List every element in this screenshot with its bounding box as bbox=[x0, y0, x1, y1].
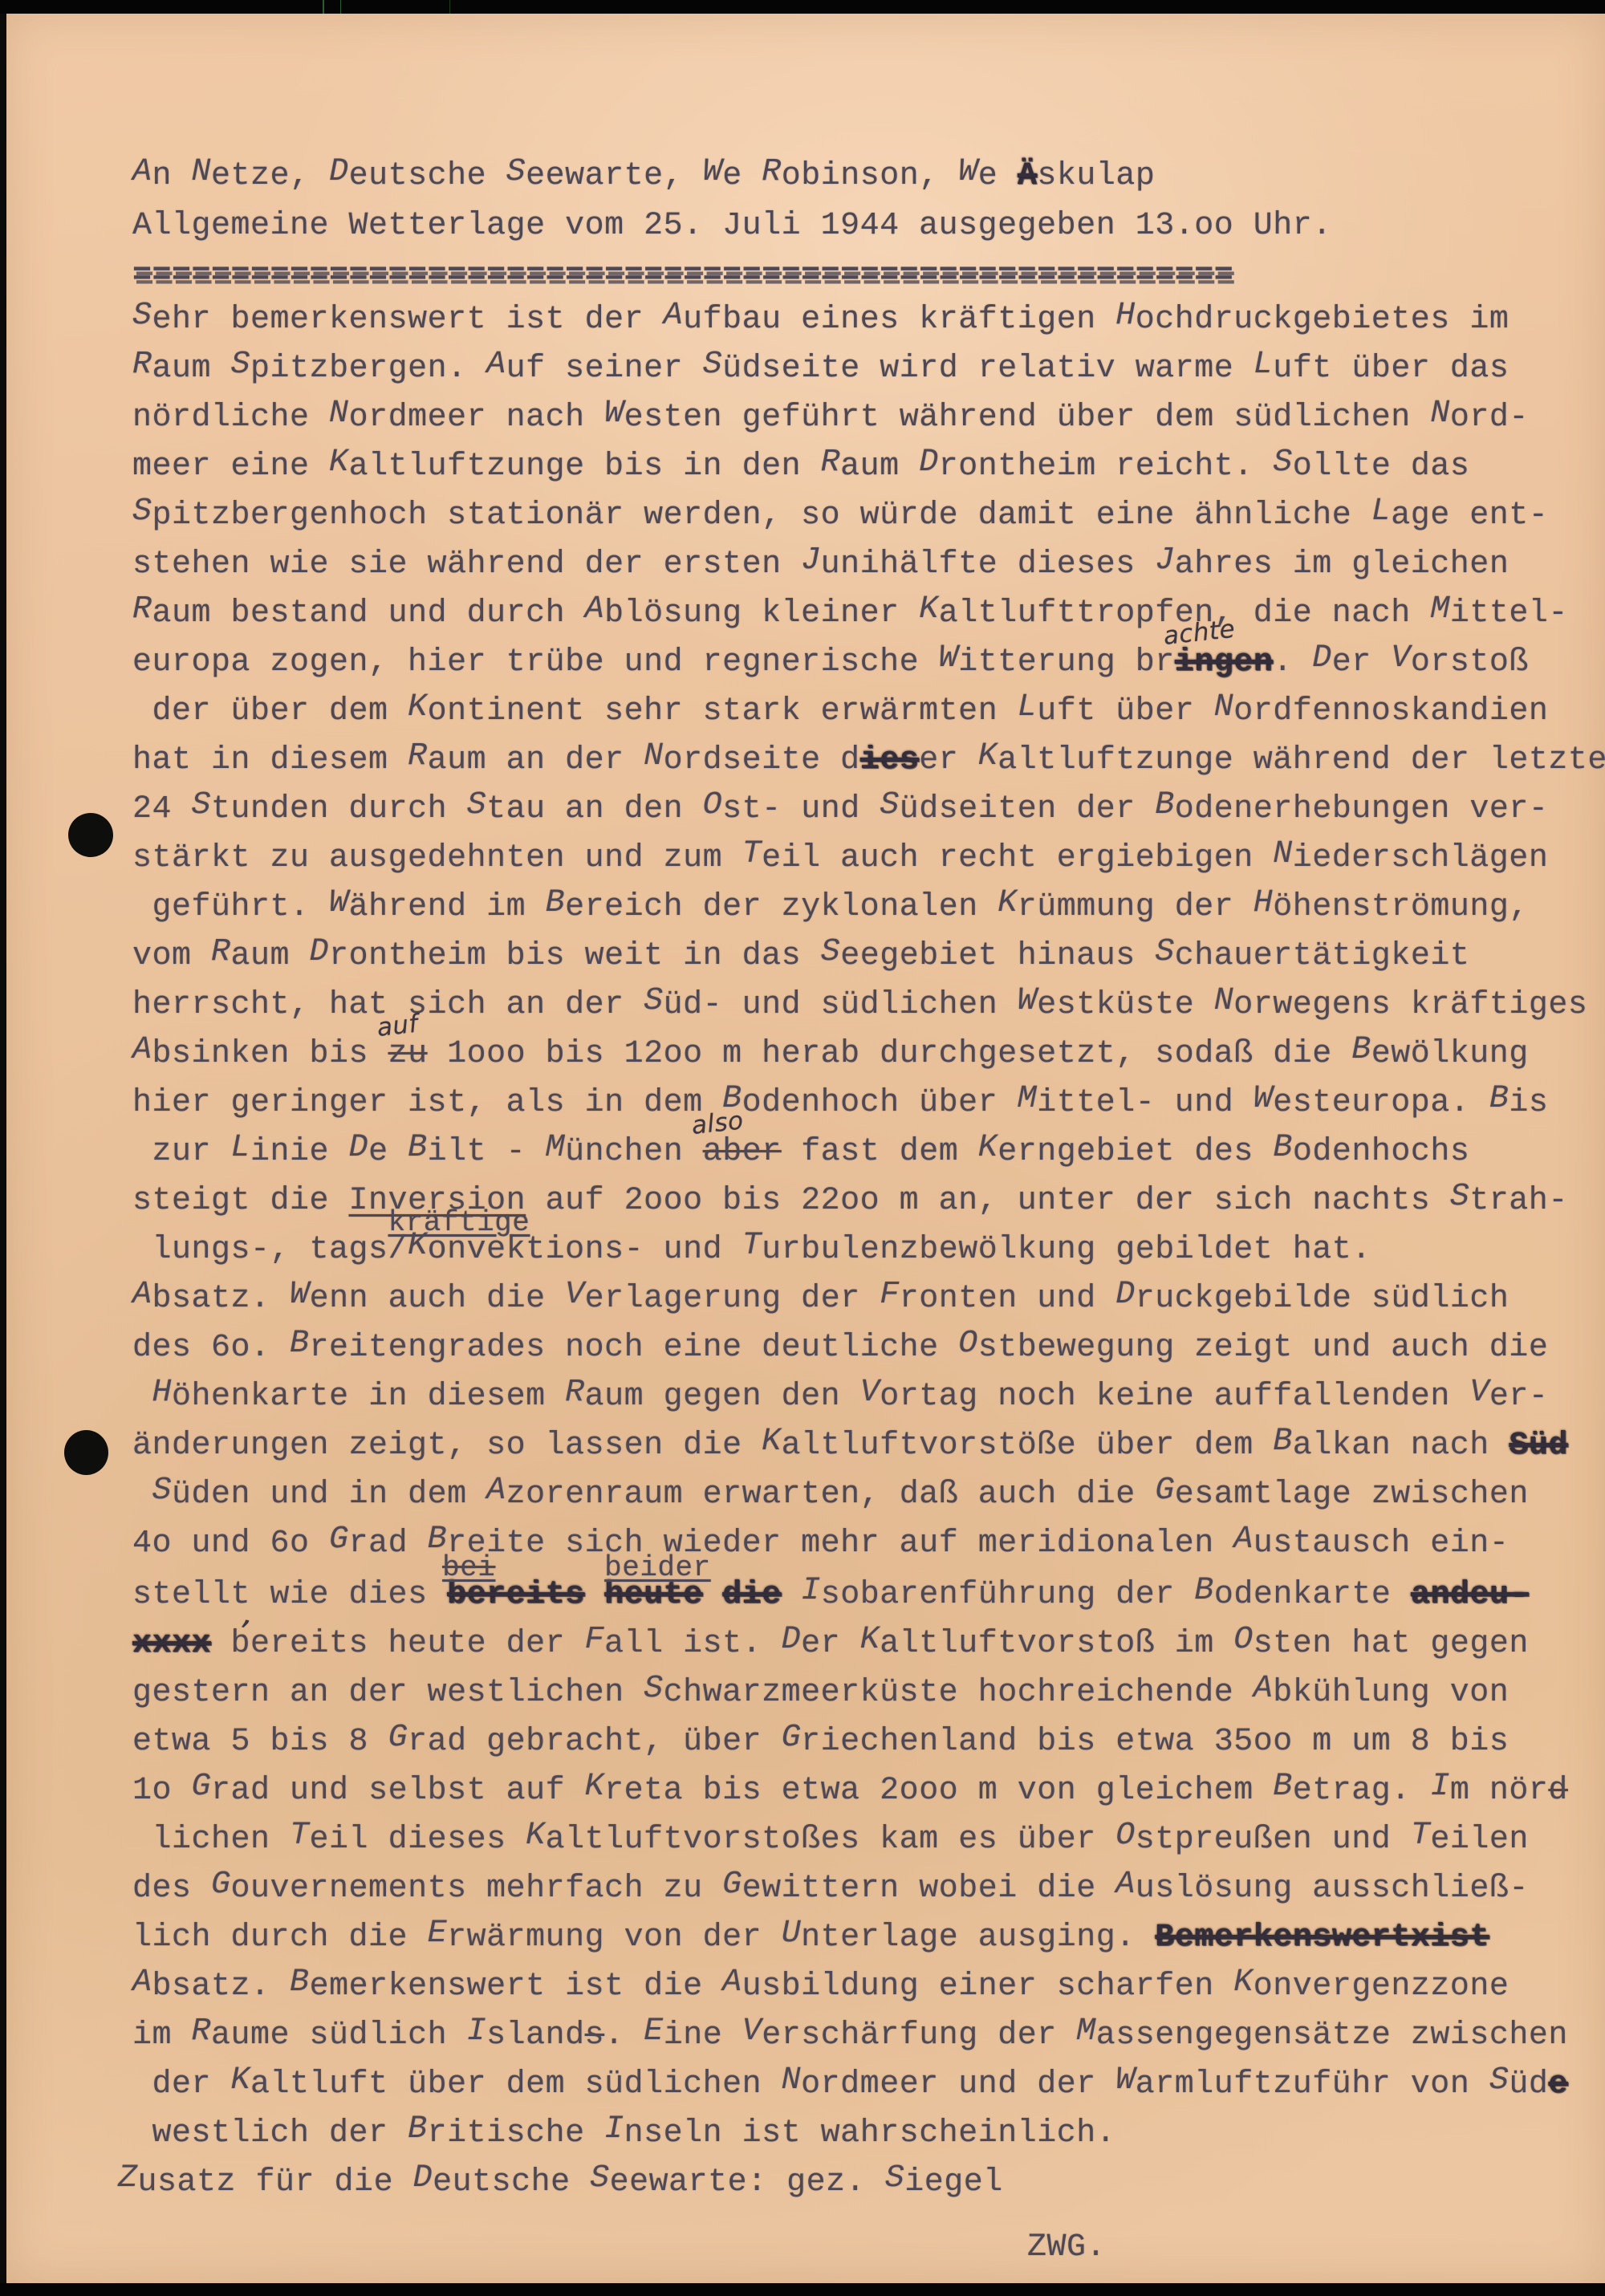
typed-text: gestern an der westlichen Schwarzmeerküs… bbox=[132, 1675, 1509, 1711]
typed-text: Spitzbergenhoch stationär werden, so wür… bbox=[132, 498, 1548, 534]
typed-text: Absatz. Bemerkenswert ist die Ausbildung… bbox=[132, 1969, 1509, 2005]
strike-text: aber bbox=[703, 1134, 782, 1170]
text-line: xxxx bereits heute der Fall ist. Der Kal… bbox=[132, 1619, 1605, 1668]
typed-text: änderungen zeigt, so lassen die Kaltluft… bbox=[132, 1428, 1509, 1464]
blot-text: Süd bbox=[1509, 1428, 1568, 1464]
typed-text: zur Linie De Bilt - München bbox=[132, 1134, 703, 1170]
typed-text: /Konvektions- und Turbulenzbewölkung geb… bbox=[388, 1232, 1371, 1268]
text-line: gestern an der westlichen Schwarzmeerküs… bbox=[132, 1668, 1605, 1717]
text-line: des 6o. Breitengrades noch eine deutlich… bbox=[132, 1323, 1605, 1372]
typed-text: meer eine Kaltluftzunge bis in den Raum … bbox=[132, 449, 1469, 485]
text-line: des Gouvernements mehrfach zu Gewittern … bbox=[132, 1864, 1605, 1913]
typed-text: stärkt zu ausgedehnten und zum Teil auch… bbox=[132, 840, 1548, 876]
typed-text: wie dies bbox=[250, 1577, 447, 1613]
separator-line: ========================================… bbox=[132, 251, 1332, 301]
text-line: steigt die Inversion auf 2ooo bis 22oo m… bbox=[132, 1176, 1605, 1225]
text-line: der Kaltluft über dem südlichen Nordmeer… bbox=[132, 2060, 1605, 2109]
typed-text: der über dem Kontinent sehr stark erwärm… bbox=[132, 693, 1548, 729]
typed-text: Absatz. Wenn auch die Verlagerung der Fr… bbox=[132, 1281, 1509, 1317]
typed-text: er Kaltluftzunge während der letzten bbox=[919, 742, 1605, 778]
scanned-document: An Netze, Deutsche Seewarte, We Robinson… bbox=[0, 0, 1605, 2296]
text-line: herrscht, hat sich an der Süd- und südli… bbox=[132, 981, 1605, 1030]
typed-text: Absinken bis bbox=[132, 1036, 388, 1072]
text-line: Raum bestand und durch Ablösung kleiner … bbox=[132, 589, 1605, 638]
typed-text: Raum bestand und durch Ablösung kleiner … bbox=[132, 595, 1568, 632]
document-page: An Netze, Deutsche Seewarte, We Robinson… bbox=[6, 14, 1605, 2283]
text-line: stellt, wie dies beibereits beiderheute … bbox=[132, 1568, 1605, 1619]
text-line: geführt. Während im Bereich der zyklonal… bbox=[132, 883, 1605, 932]
typed-text: fast dem Kerngebiet des Bodenhochs bbox=[782, 1134, 1470, 1170]
scan-artifact bbox=[323, 0, 324, 14]
blot-text: ies bbox=[860, 742, 920, 778]
typed-text: bereits heute der Fall ist. Der Kaltluft… bbox=[211, 1626, 1529, 1662]
text-line: lich durch die Erwärmung von der Unterla… bbox=[132, 1913, 1605, 1962]
text-line: Zusatz für die Deutsche Seewarte: gez. S… bbox=[118, 2158, 1605, 2207]
typed-text: des 6o. Breitengrades noch eine deutlich… bbox=[132, 1330, 1548, 1366]
recipient-line: An Netze, Deutsche Seewarte, We Robinson… bbox=[132, 152, 1332, 201]
typed-text: Höhenkarte in diesem Raum gegen den Vort… bbox=[132, 1379, 1548, 1415]
text-line: zur Linie De Bilt - München alsoaber fas… bbox=[132, 1128, 1605, 1176]
strike-text: s bbox=[585, 2018, 605, 2054]
typed-text: westlich der Britische Inseln ist wahrsc… bbox=[132, 2115, 1115, 2152]
text-line: Raum Spitzbergen. Auf seiner Südseite wi… bbox=[132, 344, 1605, 393]
typed-text: hier geringer ist, als in dem Bodenhoch … bbox=[132, 1085, 1548, 1121]
text-line: hier geringer ist, als in dem Bodenhoch … bbox=[132, 1079, 1605, 1128]
blot-text: andeu- bbox=[1411, 1577, 1529, 1613]
document-header: An Netze, Deutsche Seewarte, We Robinson… bbox=[132, 152, 1332, 301]
typed-text: europa zogen, hier trübe und regnerische… bbox=[132, 644, 1175, 681]
typed-text: im Raume südlich Island bbox=[132, 2018, 585, 2054]
typed-text: stellt bbox=[132, 1577, 250, 1613]
blot-text: xxxx bbox=[132, 1626, 211, 1662]
typed-text: auf 2ooo bis 22oo m an, unter der sich n… bbox=[526, 1183, 1568, 1219]
text-line: der über dem Kontinent sehr stark erwärm… bbox=[132, 687, 1605, 736]
typed-text: des Gouvernements mehrfach zu Gewittern … bbox=[132, 1871, 1529, 1907]
text-line: hat in diesem Raum an der Nordseite dies… bbox=[132, 736, 1605, 785]
hole-punch bbox=[64, 1430, 108, 1475]
typed-text bbox=[585, 1577, 605, 1613]
text-line: vom Raum Drontheim bis weit in das Seege… bbox=[132, 932, 1605, 981]
typed-text: skulap bbox=[1037, 158, 1155, 194]
text-line: Absinken bis aufzu 1ooo bis 12oo m herab… bbox=[132, 1030, 1605, 1079]
text-line: änderungen zeigt, so lassen die Kaltluft… bbox=[132, 1421, 1605, 1470]
typed-text: etwa 5 bis 8 Grad gebracht, über Grieche… bbox=[132, 1724, 1509, 1760]
typed-text: Zusatz für die Deutsche Seewarte: gez. S… bbox=[118, 2164, 1003, 2201]
typed-text: steigt die bbox=[132, 1183, 349, 1219]
text-line: 1o Grad und selbst auf Kreta bis etwa 2o… bbox=[132, 1766, 1605, 1815]
scan-top-bar bbox=[0, 0, 1605, 14]
typed-text: Isobarenführung der Bodenkarte bbox=[782, 1577, 1411, 1613]
text-line: europa zogen, hier trübe und regnerische… bbox=[132, 638, 1605, 687]
typed-text: Süden und in dem Azorenraum erwarten, da… bbox=[132, 1477, 1529, 1513]
typed-text: herrscht, hat sich an der Süd- und südli… bbox=[132, 987, 1587, 1023]
typed-text: . Der Vorstoß bbox=[1273, 644, 1529, 681]
agency-footer: ZWG. bbox=[1027, 2223, 1106, 2272]
text-line: etwa 5 bis 8 Grad gebracht, über Grieche… bbox=[132, 1717, 1605, 1766]
text-line: 24 Stunden durch Stau an den Ost- und Sü… bbox=[132, 785, 1605, 834]
typed-text: stehen wie sie während der ersten Junihä… bbox=[132, 547, 1509, 583]
text-line: lichen Teil dieses Kaltluftvorstoßes kam… bbox=[132, 1815, 1605, 1864]
text-line: Absatz. Bemerkenswert ist die Ausbildung… bbox=[132, 1962, 1605, 2011]
typed-text: 4o und 6o Grad Breite sich wieder mehr a… bbox=[132, 1526, 1509, 1562]
typed-text: . Eine Verschärfung der Massengegensätze… bbox=[604, 2018, 1568, 2054]
typed-text: lungs-, tags bbox=[132, 1232, 388, 1268]
text-line: Absatz. Wenn auch die Verlagerung der Fr… bbox=[132, 1274, 1605, 1323]
text-line: stehen wie sie während der ersten Junihä… bbox=[132, 540, 1605, 589]
text-line: im Raume südlich Islands. Eine Verschärf… bbox=[132, 2011, 1605, 2060]
strike-text: zu bbox=[388, 1036, 428, 1072]
blot-text: Ä bbox=[1018, 158, 1038, 194]
text-line: Süden und in dem Azorenraum erwarten, da… bbox=[132, 1470, 1605, 1519]
typed-text: Sehr bemerkenswert ist der Aufbau eines … bbox=[132, 302, 1509, 338]
typed-text: nördliche Nordmeer nach Westen geführt w… bbox=[132, 400, 1529, 436]
text-line: nördliche Nordmeer nach Westen geführt w… bbox=[132, 393, 1605, 442]
scan-artifact bbox=[340, 0, 341, 14]
scan-artifact bbox=[449, 0, 450, 14]
typed-text: vom Raum Drontheim bis weit in das Seege… bbox=[132, 938, 1469, 974]
text-line: stärkt zu ausgedehnten und zum Teil auch… bbox=[132, 834, 1605, 883]
text-line: Höhenkarte in diesem Raum gegen den Vort… bbox=[132, 1372, 1605, 1421]
scan-bottom-bar bbox=[0, 2283, 1605, 2296]
blot-text: ingen bbox=[1175, 644, 1274, 681]
document-body: Sehr bemerkenswert ist der Aufbau eines … bbox=[132, 295, 1605, 2207]
typed-text: geführt. Während im Bereich der zyklonal… bbox=[132, 889, 1529, 925]
typed-text: hat in diesem Raum an der Nordseite d bbox=[132, 742, 860, 778]
blot-text: Bemerkenswertxist bbox=[1155, 1920, 1489, 1956]
typed-text: lich durch die Erwärmung von der Unterla… bbox=[132, 1920, 1155, 1956]
text-line: lungs-, tagskräftige/Konvektions- und Tu… bbox=[132, 1225, 1605, 1274]
typed-text: An Netze, Deutsche Seewarte, We Robinson… bbox=[132, 158, 1018, 194]
title-line: Allgemeine Wetterlage vom 25. Juli 1944 … bbox=[132, 201, 1332, 251]
hole-punch bbox=[65, 810, 116, 859]
typed-text: 1ooo bis 12oo m herab durchgesetzt, soda… bbox=[428, 1036, 1529, 1072]
text-line: meer eine Kaltluftzunge bis in den Raum … bbox=[132, 442, 1605, 491]
text-line: Spitzbergenhoch stationär werden, so wür… bbox=[132, 491, 1605, 540]
typed-text: 24 Stunden durch Stau an den Ost- und Sü… bbox=[132, 791, 1548, 827]
strike-text: d bbox=[1548, 1773, 1568, 1809]
blot-text: die bbox=[722, 1577, 782, 1613]
text-line: 4o und 6o Grad Breite sich wieder mehr a… bbox=[132, 1519, 1605, 1568]
typed-text: lichen Teil dieses Kaltluftvorstoßes kam… bbox=[132, 1822, 1529, 1858]
blot-text: e bbox=[1548, 2066, 1568, 2103]
typed-text: 1o Grad und selbst auf Kreta bis etwa 2o… bbox=[132, 1773, 1548, 1809]
typed-text: der Kaltluft über dem südlichen Nordmeer… bbox=[132, 2066, 1548, 2103]
text-line: Sehr bemerkenswert ist der Aufbau eines … bbox=[132, 295, 1605, 344]
typed-text: Raum Spitzbergen. Auf seiner Südseite wi… bbox=[132, 351, 1509, 387]
text-line: westlich der Britische Inseln ist wahrsc… bbox=[132, 2109, 1605, 2158]
